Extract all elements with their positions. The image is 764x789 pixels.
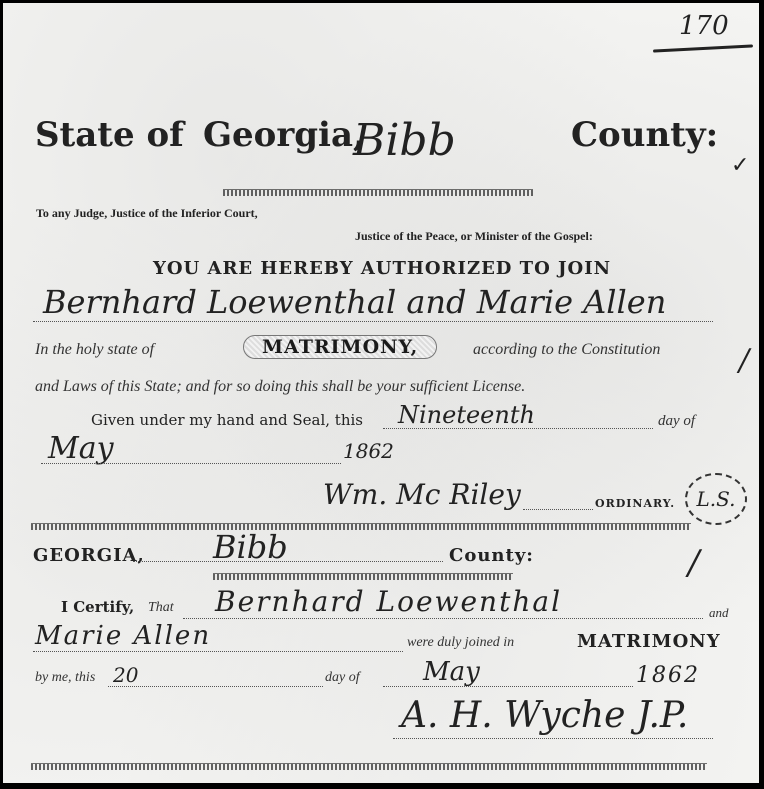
certificate-state-label: GEORGIA, bbox=[33, 545, 145, 566]
certify-label: I Certify, bbox=[61, 598, 134, 616]
license-line-2: and Laws of this State; and for so doing… bbox=[35, 378, 525, 396]
officiant-signature: A. H. Wyche J.P. bbox=[401, 695, 688, 736]
month-handwritten: May bbox=[48, 431, 114, 466]
certificate-year: 1862 bbox=[636, 663, 700, 688]
certificate-day-line bbox=[108, 686, 323, 687]
address-line-2: Justice of the Peace, or Minister of the… bbox=[355, 229, 593, 244]
header-state-prefix: State of bbox=[35, 115, 184, 155]
day-line bbox=[383, 428, 653, 429]
header-county-label: County: bbox=[571, 115, 718, 155]
certificate-month: May bbox=[423, 657, 480, 687]
bottom-wavy-rule bbox=[31, 763, 707, 770]
ordinary-line bbox=[523, 509, 593, 510]
certificate-county-line bbox=[133, 561, 443, 562]
that-label: That bbox=[148, 600, 174, 616]
matrimony-ornament: MATRIMONY, bbox=[243, 335, 437, 359]
holy-state-suffix: according to the Constitution bbox=[473, 341, 660, 359]
header-wavy-rule bbox=[223, 189, 533, 196]
header-check-mark: ✓ bbox=[731, 153, 749, 178]
day-of-label: day of bbox=[658, 413, 695, 430]
and-label: and bbox=[709, 605, 729, 621]
certificate-month-line bbox=[383, 686, 633, 687]
authorization-heading: YOU ARE HEREBY AUTHORIZED TO JOIN bbox=[153, 258, 611, 279]
certificate-county-label: County: bbox=[449, 545, 534, 566]
day-handwritten: Nineteenth bbox=[398, 401, 535, 429]
bride-line bbox=[33, 651, 403, 652]
certificate-bride: Marie Allen bbox=[35, 621, 211, 651]
matrimony-label: MATRIMONY bbox=[577, 631, 721, 652]
joined-label: were duly joined in bbox=[407, 635, 514, 651]
header-state-name: Georgia, bbox=[203, 115, 365, 155]
couple-names: Bernhard Loewenthal and Marie Allen bbox=[43, 283, 666, 321]
marriage-license-document: 170 State of Georgia, Bibb County: ✓ To … bbox=[3, 3, 759, 783]
address-line-1: To any Judge, Justice of the Inferior Co… bbox=[36, 206, 258, 221]
margin-mark: / bbox=[739, 343, 749, 378]
certificate-county-handwritten: Bibb bbox=[213, 528, 288, 566]
ordinary-signature: Wm. Mc Riley bbox=[323, 478, 521, 511]
by-me-label: by me, this bbox=[35, 670, 95, 686]
couple-names-line bbox=[33, 321, 713, 322]
year-handwritten: 1862 bbox=[343, 439, 394, 463]
certificate-day-of-label: day of bbox=[325, 670, 360, 686]
month-line bbox=[41, 463, 341, 464]
holy-state-prefix: In the holy state of bbox=[35, 341, 154, 359]
certificate-wavy-rule bbox=[213, 573, 513, 580]
certificate-check-mark: / bbox=[688, 543, 699, 583]
section-divider bbox=[31, 523, 691, 530]
officiant-line bbox=[393, 738, 713, 739]
ordinary-label: ORDINARY. bbox=[595, 497, 675, 510]
given-label: Given under my hand and Seal, this bbox=[91, 411, 363, 429]
certificate-day: 20 bbox=[113, 663, 138, 687]
seal: L.S. bbox=[685, 473, 747, 525]
header-county-handwritten: Bibb bbox=[353, 115, 456, 166]
page-number-underline bbox=[653, 44, 753, 52]
groom-line bbox=[183, 618, 703, 619]
certificate-groom: Bernhard Loewenthal bbox=[215, 585, 562, 618]
page-number: 170 bbox=[679, 11, 729, 41]
